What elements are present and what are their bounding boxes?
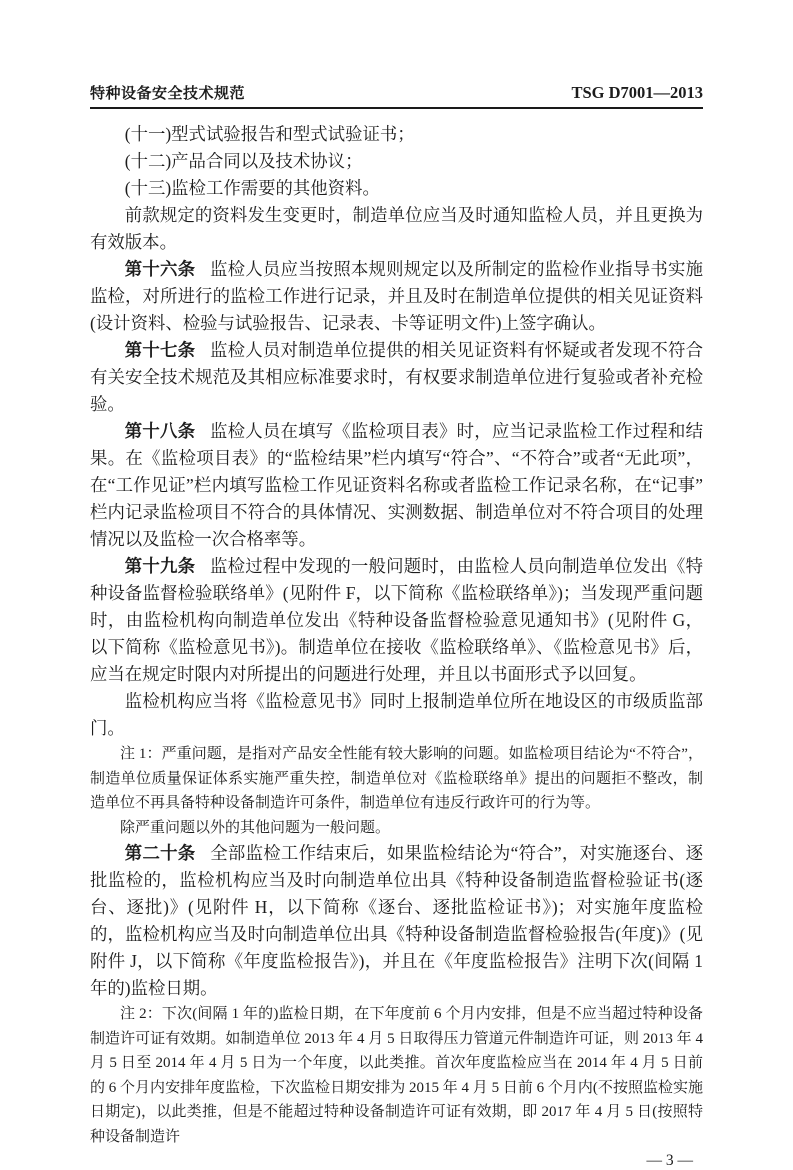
article-17: 第十七条监检人员对制造单位提供的相关见证资料有怀疑或者发现不符合有关安全技术规范… — [90, 337, 703, 418]
note-2: 注 2：下次(间隔 1 年的)监检日期，在下年度前 6 个月内安排，但是不应当超… — [90, 1002, 703, 1149]
note-1-general-problems: 除严重问题以外的其他问题为一般问题。 — [90, 816, 703, 841]
article-19: 第十九条监检过程中发现的一般问题时，由监检人员向制造单位发出《特种设备监督检验联… — [90, 553, 703, 688]
article-18: 第十八条监检人员在填写《监检项目表》时，应当记录监检工作过程和结果。在《监检项目… — [90, 418, 703, 553]
article-19-number: 第十九条 — [125, 556, 195, 576]
paragraph-report-to-authority: 监检机构应当将《监检意见书》同时上报制造单位所在地设区的市级质监部门。 — [90, 688, 703, 742]
document-content: (十一)型式试验报告和型式试验证书； (十二)产品合同以及技术协议； (十三)监… — [90, 121, 703, 1149]
article-20: 第二十条全部监检工作结束后，如果监检结论为“符合”，对实施逐台、逐批监检的，监检… — [90, 840, 703, 1002]
article-20-number: 第二十条 — [125, 843, 196, 863]
article-20-text: 全部监检工作结束后，如果监检结论为“符合”，对实施逐台、逐批监检的，监检机构应当… — [90, 843, 703, 998]
list-item-13: (十三)监检工作需要的其他资料。 — [90, 175, 703, 202]
article-18-number: 第十八条 — [125, 421, 195, 441]
article-16-number: 第十六条 — [125, 259, 195, 279]
paragraph-version-update: 前款规定的资料发生变更时，制造单位应当及时通知监检人员，并且更换为有效版本。 — [90, 202, 703, 256]
header-spec-title: 特种设备安全技术规范 — [90, 82, 245, 103]
list-item-12: (十二)产品合同以及技术协议； — [90, 148, 703, 175]
page-footer: — 3 — — [90, 1152, 703, 1170]
header-doc-number: TSG D7001—2013 — [571, 83, 703, 103]
page-number: — 3 — — [647, 1152, 694, 1169]
article-17-number: 第十七条 — [125, 340, 195, 360]
note-1: 注 1：严重问题，是指对产品安全性能有较大影响的问题。如监检项目结论为“不符合”… — [90, 742, 703, 816]
list-item-11: (十一)型式试验报告和型式试验证书； — [90, 121, 703, 148]
article-16: 第十六条监检人员应当按照本规则规定以及所制定的监检作业指导书实施监检，对所进行的… — [90, 256, 703, 337]
document-page: 特种设备安全技术规范 TSG D7001—2013 (十一)型式试验报告和型式试… — [0, 0, 793, 1122]
page-header: 特种设备安全技术规范 TSG D7001—2013 — [90, 82, 703, 109]
